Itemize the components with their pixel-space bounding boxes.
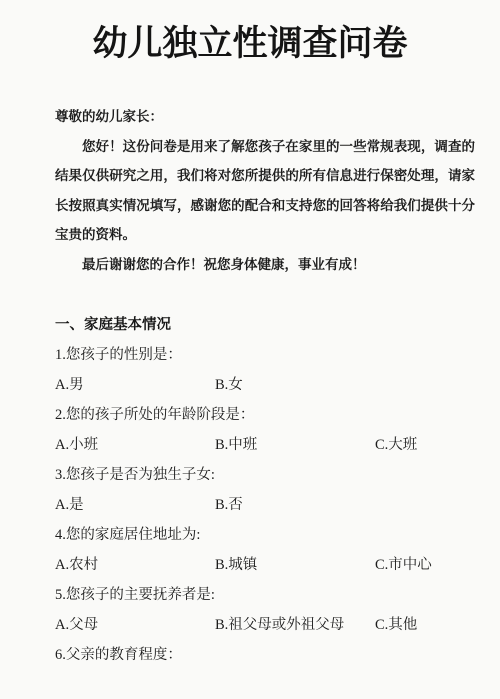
question-text-6: 6.父亲的教育程度： bbox=[55, 640, 475, 670]
option-label: B.城镇 bbox=[215, 550, 257, 580]
question-options-3: A.是 B.否 bbox=[55, 490, 475, 520]
option-label: A.男 bbox=[55, 370, 84, 400]
option-label: B.女 bbox=[215, 370, 243, 400]
question-text-2: 2.您的孩子所处的年龄阶段是： bbox=[55, 400, 475, 430]
intro-line: 长按照真实情况填写，感谢您的配合和支持您的回答将给我们提供十分 bbox=[55, 191, 475, 221]
option-label: A.父母 bbox=[55, 610, 98, 640]
questions-section: 一、家庭基本情况 1.您孩子的性别是： A.男 B.女 2.您的孩子所处的年龄阶… bbox=[55, 310, 475, 670]
salutation: 尊敬的幼儿家长： bbox=[55, 102, 475, 132]
greeting-paragraph: 尊敬的幼儿家长： 您好！这份问卷是用来了解您孩子在家里的一些常规表现，调查的 结… bbox=[55, 102, 475, 280]
question-text-1: 1.您孩子的性别是： bbox=[55, 340, 475, 370]
option-label: B.否 bbox=[215, 490, 243, 520]
intro-line: 结果仅供研究之用，我们将对您所提供的所有信息进行保密处理，请家 bbox=[55, 161, 475, 191]
question-options-2: A.小班 B.中班 C.大班 bbox=[55, 430, 475, 460]
option-label: A.小班 bbox=[55, 430, 98, 460]
option-label: B.祖父母或外祖父母 bbox=[215, 610, 344, 640]
question-text-5: 5.您孩子的主要抚养者是: bbox=[55, 580, 475, 610]
option-label: C.其他 bbox=[375, 610, 417, 640]
question-options-4: A.农村 B.城镇 C.市中心 bbox=[55, 550, 475, 580]
intro-line: 宝贵的资料。 bbox=[55, 220, 475, 250]
section-heading: 一、家庭基本情况 bbox=[55, 310, 475, 340]
option-label: C.大班 bbox=[375, 430, 417, 460]
option-label: B.中班 bbox=[215, 430, 257, 460]
page-title: 幼儿独立性调查问卷 bbox=[0, 22, 500, 66]
question-text-4: 4.您的家庭居住地址为: bbox=[55, 520, 475, 550]
question-text-3: 3.您孩子是否为独生子女: bbox=[55, 460, 475, 490]
option-label: A.农村 bbox=[55, 550, 98, 580]
closing-line: 最后谢谢您的合作！祝您身体健康，事业有成！ bbox=[55, 250, 475, 280]
question-options-5: A.父母 B.祖父母或外祖父母 C.其他 bbox=[55, 610, 475, 640]
option-label: C.市中心 bbox=[375, 550, 432, 580]
question-options-1: A.男 B.女 bbox=[55, 370, 475, 400]
option-label: A.是 bbox=[55, 490, 84, 520]
intro-line: 您好！这份问卷是用来了解您孩子在家里的一些常规表现，调查的 bbox=[55, 132, 475, 162]
